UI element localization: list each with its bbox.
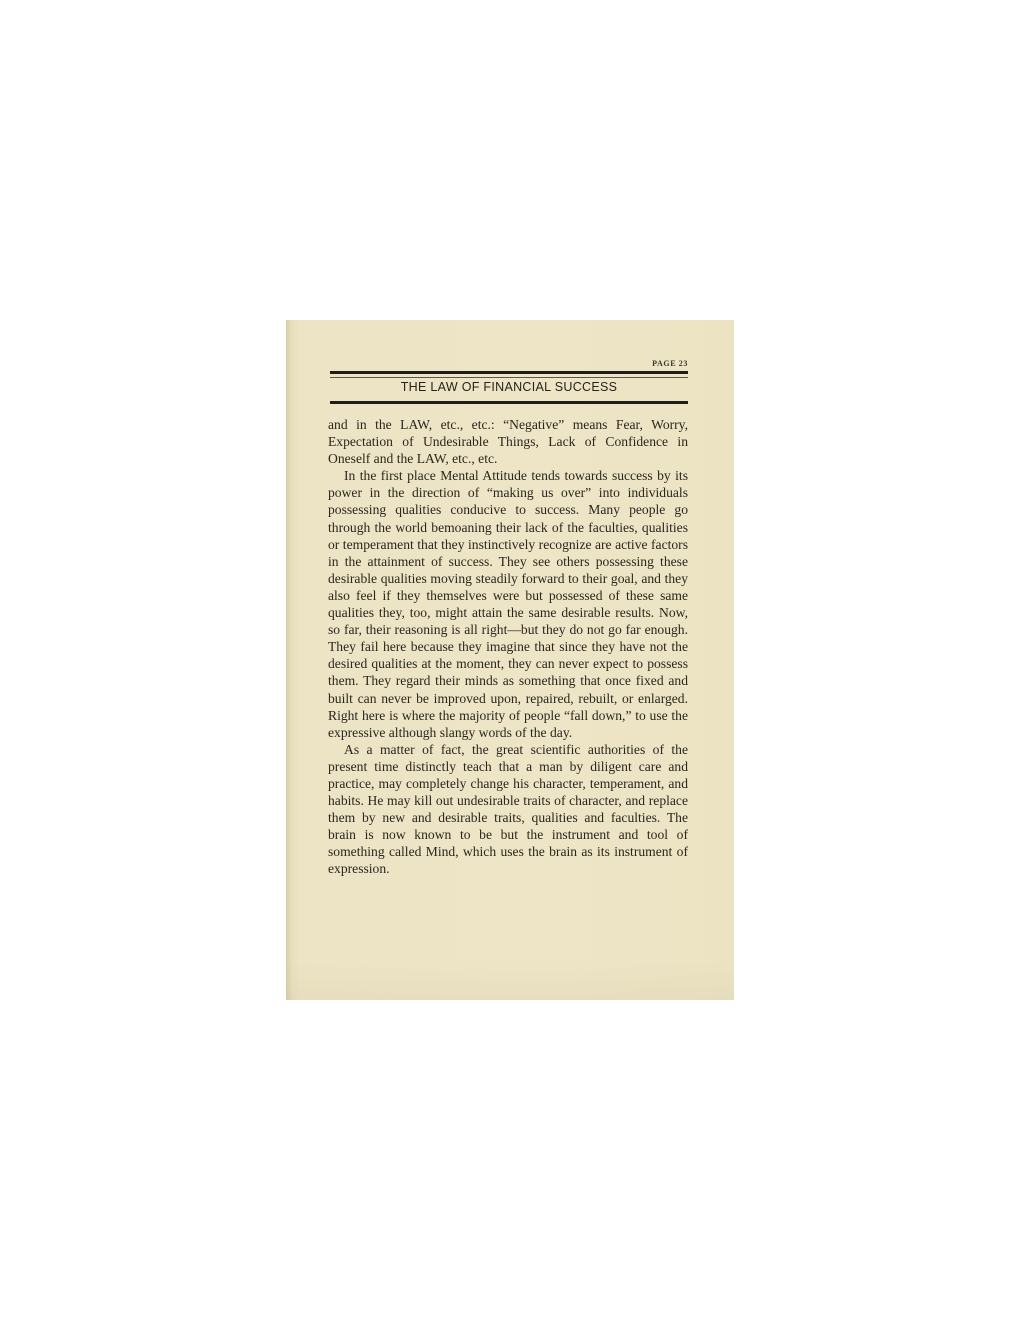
running-title: THE LAW OF FINANCIAL SUCCESS [330,380,688,394]
header-rule-thick [330,371,688,374]
paragraph-continuation: and in the LAW, etc., etc.: “Negative” m… [328,416,688,467]
title-rule-bottom [330,401,688,404]
body-text: and in the LAW, etc., etc.: “Negative” m… [328,416,688,878]
book-page: PAGE 23 THE LAW OF FINANCIAL SUCCESS and… [286,320,734,1000]
page-number: PAGE 23 [652,359,688,368]
header-rule-thin [330,377,688,378]
paragraph-matter-of-fact: As a matter of fact, the great scientifi… [328,741,688,878]
paragraph-mental-attitude: In the first place Mental Attitude tends… [328,467,688,741]
